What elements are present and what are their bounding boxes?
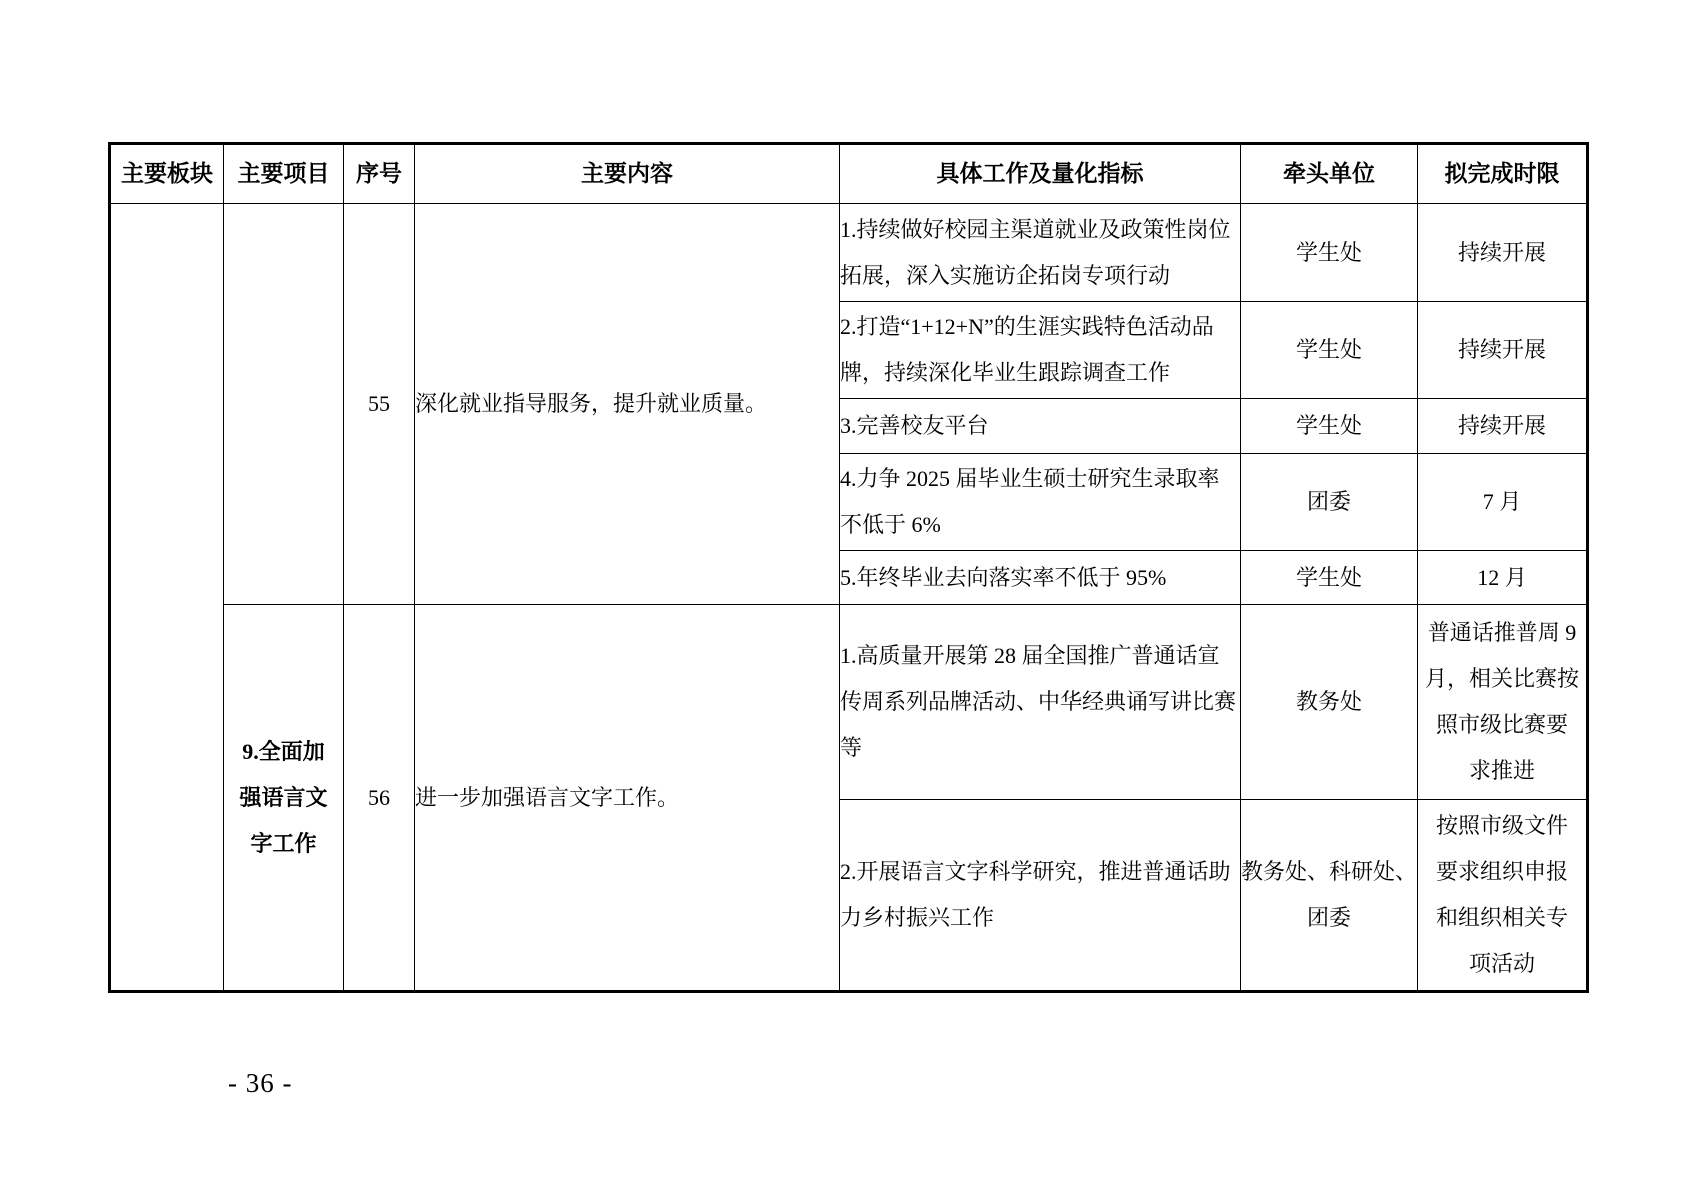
cell-work-55-3: 3.完善校友平台 xyxy=(840,399,1241,454)
cell-deadline-55-1: 持续开展 xyxy=(1418,204,1588,302)
cell-deadline-55-2: 持续开展 xyxy=(1418,302,1588,399)
cell-content-56: 进一步加强语言文字工作。 xyxy=(415,605,840,992)
cell-lead-unit-56-1: 教务处 xyxy=(1241,605,1418,800)
cell-lead-unit-55-2: 学生处 xyxy=(1241,302,1418,399)
cell-main-block xyxy=(110,204,224,992)
cell-work-55-1: 1.持续做好校园主渠道就业及政策性岗位 拓展，深入实施访企拓岗专项行动 xyxy=(840,204,1241,302)
cell-deadline-55-5: 12 月 xyxy=(1418,551,1588,605)
cell-seq-56: 56 xyxy=(344,605,415,992)
table-header-row: 主要板块 主要项目 序号 主要内容 具体工作及量化指标 牵头单位 拟完成时限 xyxy=(110,144,1588,204)
page-number: - 36 - xyxy=(228,1068,292,1098)
header-work-indicators: 具体工作及量化指标 xyxy=(840,144,1241,204)
cell-lead-unit-55-5: 学生处 xyxy=(1241,551,1418,605)
cell-lead-unit-56-2: 教务处、科研处、 团委 xyxy=(1241,800,1418,992)
table-row-56-1: 9.全面加 强语言文 字工作 56 进一步加强语言文字工作。 1.高质量开展第 … xyxy=(110,605,1588,800)
cell-deadline-56-1: 普通话推普周 9 月，相关比赛按 照市级比赛要 求推进 xyxy=(1418,605,1588,800)
table-row-55-1: 55 深化就业指导服务，提升就业质量。 1.持续做好校园主渠道就业及政策性岗位 … xyxy=(110,204,1588,302)
cell-deadline-56-2: 按照市级文件 要求组织申报 和组织相关专 项活动 xyxy=(1418,800,1588,992)
header-main-content: 主要内容 xyxy=(415,144,840,204)
header-deadline: 拟完成时限 xyxy=(1418,144,1588,204)
cell-project-55 xyxy=(224,204,344,605)
cell-work-55-4: 4.力争 2025 届毕业生硕士研究生录取率 不低于 6% xyxy=(840,454,1241,551)
document-page: 主要板块 主要项目 序号 主要内容 具体工作及量化指标 牵头单位 拟完成时限 5… xyxy=(0,0,1684,1191)
cell-work-56-1: 1.高质量开展第 28 届全国推广普通话宣 传周系列品牌活动、中华经典诵写讲比赛… xyxy=(840,605,1241,800)
cell-work-55-2: 2.打造“1+12+N”的生涯实践特色活动品 牌，持续深化毕业生跟踪调查工作 xyxy=(840,302,1241,399)
cell-deadline-55-3: 持续开展 xyxy=(1418,399,1588,454)
header-seq: 序号 xyxy=(344,144,415,204)
cell-work-56-2: 2.开展语言文字科学研究，推进普通话助 力乡村振兴工作 xyxy=(840,800,1241,992)
cell-seq-55: 55 xyxy=(344,204,415,605)
work-plan-table: 主要板块 主要项目 序号 主要内容 具体工作及量化指标 牵头单位 拟完成时限 5… xyxy=(108,142,1589,993)
cell-lead-unit-55-1: 学生处 xyxy=(1241,204,1418,302)
cell-work-55-5: 5.年终毕业去向落实率不低于 95% xyxy=(840,551,1241,605)
cell-deadline-55-4: 7 月 xyxy=(1418,454,1588,551)
header-main-project: 主要项目 xyxy=(224,144,344,204)
cell-lead-unit-55-4: 团委 xyxy=(1241,454,1418,551)
header-main-block: 主要板块 xyxy=(110,144,224,204)
cell-project-56: 9.全面加 强语言文 字工作 xyxy=(224,605,344,992)
cell-content-55: 深化就业指导服务，提升就业质量。 xyxy=(415,204,840,605)
cell-lead-unit-55-3: 学生处 xyxy=(1241,399,1418,454)
header-lead-unit: 牵头单位 xyxy=(1241,144,1418,204)
